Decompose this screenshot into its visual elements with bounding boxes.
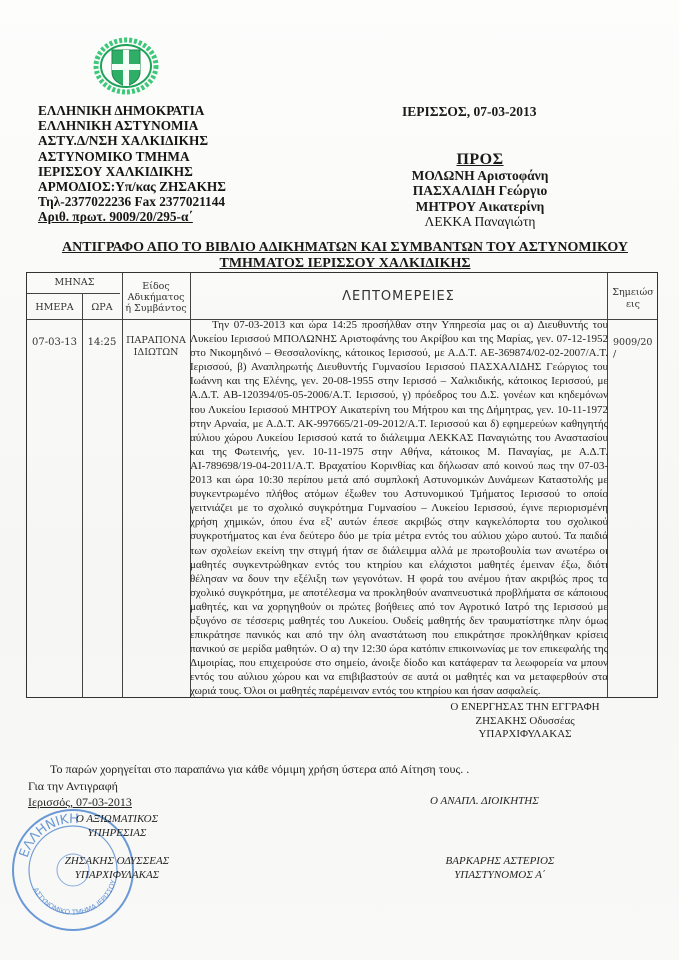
issuer-line: ΑΣΤΥΝΟΜΙΚΟ ΤΜΗΜΑ xyxy=(38,149,226,164)
issuer-line: ΕΛΛΗΝΙΚΗ ΔΗΜΟΚΡΑΤΙΑ xyxy=(38,103,226,118)
header-type-line: ή Συμβάντος xyxy=(122,303,190,314)
header-type: Είδος Αδικήματος ή Συμβάντος xyxy=(122,281,190,314)
issuer-block: ΕΛΛΗΝΙΚΗ ΔΗΜΟΚΡΑΤΙΑ ΕΛΛΗΝΙΚΗ ΑΣΤΥΝΟΜΙΑ Α… xyxy=(38,103,226,225)
recipients-title: ΠΡΟΣ xyxy=(400,152,560,168)
row-notes-line: 9009/20 xyxy=(613,337,659,349)
header-type-line: Αδικήματος xyxy=(122,292,190,303)
row-notes-line: / xyxy=(613,349,659,361)
duty-officer-rank: ΥΠΑΡΧΙΦΥΛΑΚΑΣ xyxy=(42,868,192,882)
row-type: ΠΑΡΑΠΟΝΑ ΙΔΙΩΤΩΝ xyxy=(122,335,190,359)
document-page: ΕΛΛΗΝΙΚΗ ΔΗΜΟΚΡΑΤΙΑ ΕΛΛΗΝΙΚΗ ΑΣΤΥΝΟΜΙΑ Α… xyxy=(0,0,679,960)
header-month: ΜΗΝΑΣ xyxy=(27,277,122,288)
recorder-name: ΖΗΣΑΚΗΣ Οδυσσέας xyxy=(420,715,630,729)
commander-rank: ΥΠΑΣΤΥΝΟΜΟΣ Α΄ xyxy=(420,868,580,882)
acting-commander-label: Ο ΑΝΑΠΛ. ΔΙΟΙΚΗΤΗΣ xyxy=(430,795,539,807)
svg-text:ΑΣΤΥΝΟΜΙΚΟ ΤΜΗΜΑ ΙΕΡΙΣΣΟΥ: ΑΣΤΥΝΟΜΙΚΟ ΤΜΗΜΑ ΙΕΡΙΣΣΟΥ xyxy=(31,878,118,917)
recipient: ΛΕΚΚΑ Παναγιώτη xyxy=(400,214,560,230)
header-notes-line: Σημειώσ xyxy=(607,287,659,299)
recorder-role: Ο ΕΝΕΡΓΗΣΑΣ ΤΗΝ ΕΓΓΡΑΦΗ xyxy=(420,701,630,715)
header-type-line: Είδος xyxy=(122,281,190,292)
row-notes: 9009/20 / xyxy=(607,337,659,361)
row-time: 14:25 xyxy=(82,337,122,348)
incident-details-text: Την 07-03-2013 και ώρα 14:25 προσήλθαν σ… xyxy=(190,318,608,699)
recorder-rank: ΥΠΑΡΧΙΦΥΛΑΚΑΣ xyxy=(420,728,630,742)
recipient: ΜΟΛΩΝΗ Αριστοφάνη xyxy=(400,168,560,184)
issuer-line: Τηλ-2377022236 Fax 2377021144 xyxy=(38,194,226,209)
row-type-line: ΠΑΡΑΠΟΝΑ xyxy=(122,335,190,347)
recipient: ΠΑΣΧΑΛΙΔΗ Γεώργιο xyxy=(400,183,560,199)
header-day: ΗΜΕΡΑ xyxy=(27,302,82,313)
place-date: ΙΕΡΙΣΣΟΣ, 07-03-2013 xyxy=(402,104,536,120)
header-details: ΛΕΠΤΟΜΕΡΕΙΕΣ xyxy=(190,289,607,304)
document-title-line: ΑΝΤΙΓΡΑΦΟ ΑΠΟ ΤΟ ΒΙΒΛΙΟ ΑΔΙΚΗΜΑΤΩΝ ΚΑΙ Σ… xyxy=(30,240,660,256)
duty-officer-name: ΖΗΣΑΚΗΣ ΟΔΥΣΣΕΑΣ xyxy=(42,854,192,868)
issuer-line: ΕΛΛΗΝΙΚΗ ΑΣΤΥΝΟΜΙΑ xyxy=(38,118,226,133)
protocol-number: Αριθ. πρωτ. 9009/20/295-α΄ xyxy=(38,209,226,224)
duty-officer-signature: Ο ΑΞΙΩΜΑΤΙΚΟΣ ΥΠΗΡΕΣΙΑΣ ΖΗΣΑΚΗΣ ΟΔΥΣΣΕΑΣ… xyxy=(42,812,192,882)
issuer-line: ΑΣΤΥ.Δ/ΝΣΗ ΧΑΛΚΙΔΙΚΗΣ xyxy=(38,133,226,148)
document-title: ΑΝΤΙΓΡΑΦΟ ΑΠΟ ΤΟ ΒΙΒΛΙΟ ΑΔΙΚΗΜΑΤΩΝ ΚΑΙ Σ… xyxy=(30,240,660,272)
duty-officer-title: ΥΠΗΡΕΣΙΑΣ xyxy=(42,826,192,840)
commander-signature: ΒΑΡΚΑΡΗΣ ΑΣΤΕΡΙΟΣ ΥΠΑΣΤΥΝΟΜΟΣ Α΄ xyxy=(420,854,580,882)
recorder-signature: Ο ΕΝΕΡΓΗΣΑΣ ΤΗΝ ΕΓΓΡΑΦΗ ΖΗΣΑΚΗΣ Οδυσσέας… xyxy=(420,701,630,742)
row-type-line: ΙΔΙΩΤΩΝ xyxy=(122,347,190,359)
recipient: ΜΗΤΡΟΥ Αικατερίνη xyxy=(400,199,560,215)
greek-coat-of-arms-icon xyxy=(88,36,164,96)
issuer-line: ΑΡΜΟΔΙΟΣ:Υπ/κας ΖΗΣΑΚΗΣ xyxy=(38,179,226,194)
copy-label: Για την Αντιγραφή xyxy=(28,779,118,794)
header-notes-line: εις xyxy=(607,299,659,311)
duty-officer-title: Ο ΑΞΙΩΜΑΤΙΚΟΣ xyxy=(42,812,192,826)
document-title-line: ΤΜΗΜΑΤΟΣ ΙΕΡΙΣΣΟΥ ΧΑΛΚΙΔΙΚΗΣ xyxy=(30,256,660,272)
row-day: 07-03-13 xyxy=(27,337,82,348)
recipients-block: ΠΡΟΣ ΜΟΛΩΝΗ Αριστοφάνη ΠΑΣΧΑΛΙΔΗ Γεώργιο… xyxy=(400,152,560,230)
incident-details: Την 07-03-2013 και ώρα 14:25 προσήλθαν σ… xyxy=(190,318,608,699)
issuer-line: ΙΕΡΙΣΣΟΥ ΧΑΛΚΙΔΙΚΗΣ xyxy=(38,164,226,179)
header-time: ΩΡΑ xyxy=(82,302,122,313)
commander-name: ΒΑΡΚΑΡΗΣ ΑΣΤΕΡΙΟΣ xyxy=(420,854,580,868)
issuance-statement: Το παρών χορηγείται στο παραπάνω για κάθ… xyxy=(50,762,469,777)
header-notes: Σημειώσ εις xyxy=(607,287,659,311)
